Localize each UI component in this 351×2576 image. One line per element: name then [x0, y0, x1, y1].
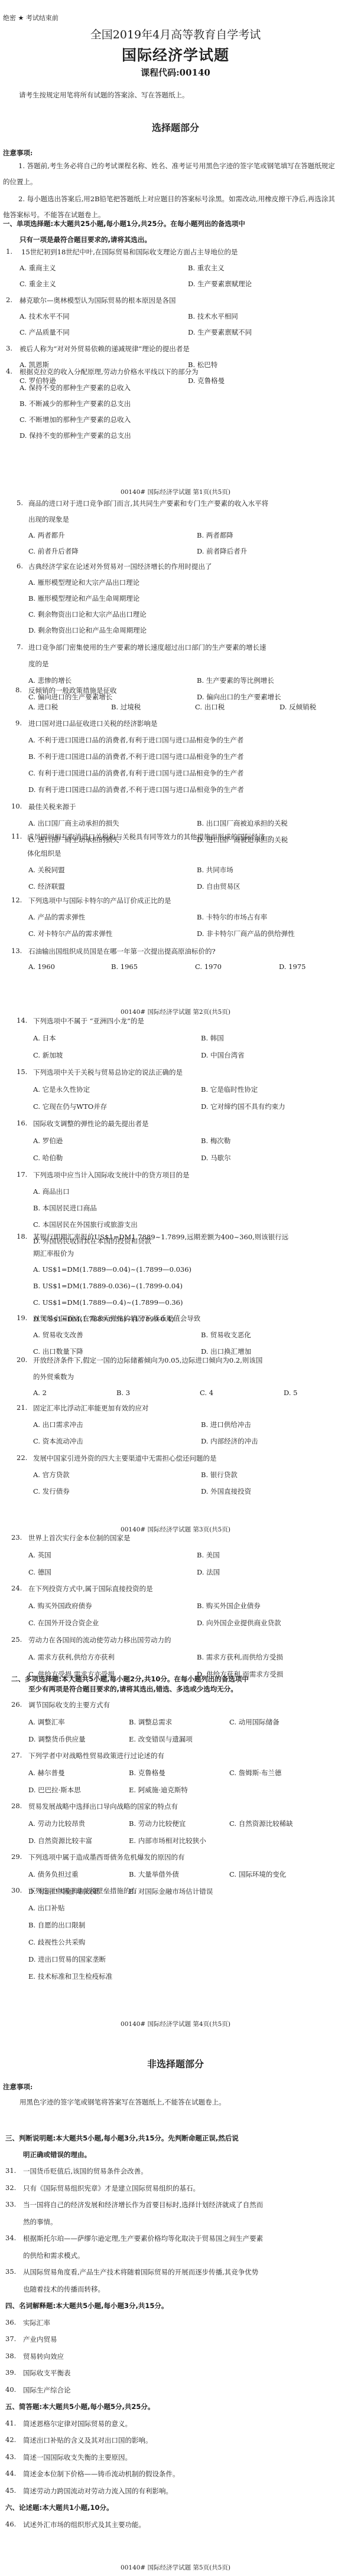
question-stem: 国际收支调整的弹性论的最先提出者是	[33, 1119, 149, 1128]
answer-option: E. 技术标准和卫生检疫标准	[28, 1972, 112, 1981]
answer-option: A. 出口国厂商主动承担的损失	[28, 819, 119, 828]
answer-option: D. 保持不变的那种生产要素的总支出	[19, 431, 131, 440]
question-stem: 被后人称为“对对外贸易依赖的递减规律”理论的提出者是	[19, 344, 190, 353]
paper-title: 国际经济学试题	[0, 44, 351, 65]
answer-option: C. 本国居民在外国旅行或旅游支出	[33, 1220, 138, 1229]
answer-option: D. 非卡特尔厂商产品的供给弹性	[197, 929, 295, 938]
section1-heading-cont: 只有一项是最符合题目要求的,请将其选出。	[19, 235, 151, 244]
term-question: 国际收支平衡表	[23, 2368, 71, 2378]
answer-option: B. US$1=DM(1.7889-0.036)~(1.7899-0.04)	[33, 1282, 183, 1290]
judgment-question: 从国际贸易角度看,产品生产技术将随着国际贸易的开展而逐步传播,其竞争优势	[23, 2267, 258, 2277]
question-number: 19.	[17, 1314, 27, 1322]
question-number: 12.	[11, 896, 22, 904]
answer-option: D. 它对缔约国不具有约束力	[201, 1102, 285, 1111]
answer-option: B. 购买外国企业债券	[197, 1601, 261, 1611]
section6-heading: 六、论述题:本大题共1小题,10分。	[5, 2503, 113, 2512]
answer-option: C. 它现在仍与WTO并存	[33, 1102, 107, 1111]
page-footer: 00140# 国际经济学试题 第4页(共5页)	[0, 2019, 351, 2028]
answer-option: D. 中国台湾省	[201, 1050, 245, 1060]
answer-option: A. 产品的需求弹性	[28, 912, 85, 922]
question-stem: 石油输出国组织成员国是在哪一年第一次提出提高原油标价的?	[28, 947, 216, 956]
question-stem: 古典经济学家在论述对外贸易对一国经济增长的作用时提出了	[28, 562, 212, 571]
answer-option: A. 1960	[28, 963, 55, 971]
page-footer: 00140# 国际经济学试题 第2页(共5页)	[0, 1007, 351, 1016]
answer-option: A. 出口补贴	[28, 1903, 65, 1913]
question-number: 27.	[11, 1751, 22, 1759]
question-stem: 进口国对进口品征收进口关税的经济影响是	[28, 719, 158, 728]
answer-option: D. 内部经济的冲击	[201, 1436, 258, 1446]
judgment-question-cont: 然的事情。	[23, 2217, 57, 2227]
short-answer-question: 简述一国国际收支失衡的主要原因。	[23, 2453, 132, 2462]
answer-option: D. 1975	[279, 963, 305, 971]
answer-option: D. 克鲁格曼	[188, 376, 225, 385]
question-number: 22.	[17, 1454, 27, 1462]
judgment-question-cont: 也随着技术的传播而转移。	[23, 2284, 105, 2294]
answer-option: A. 它是永久性协定	[33, 1085, 90, 1094]
question-stem: 下列选项中属于非关税壁垒措施的有	[28, 1886, 137, 1896]
question-number: 11.	[11, 832, 22, 840]
answer-option: B. 3	[116, 1389, 130, 1397]
essay-question: 试述外汇市场的组织形式及其主要功能。	[23, 2520, 145, 2529]
answer-option: D. 自由贸易区	[197, 882, 240, 891]
answer-option: B. 共同市场	[197, 865, 233, 875]
question-number: 24.	[11, 1584, 22, 1592]
answer-option: A. 官方贷款	[33, 1470, 70, 1480]
question-number: 42.	[5, 2436, 16, 2444]
answer-option: B. 出口国厂商被迫承担的关税	[197, 819, 288, 828]
answer-option: B. 梅次勒	[201, 1136, 230, 1145]
question-number: 31.	[5, 2166, 16, 2175]
question-stem-cont: 度的是	[28, 659, 49, 669]
answer-option: C. 经济联盟	[28, 882, 65, 891]
answer-option: B. 生产要素的等比例增长	[197, 676, 274, 685]
answer-option: C. 歧视性公共采购	[28, 1937, 85, 1947]
answer-option: A. 悲惨的增长	[28, 676, 71, 685]
answer-option: D. 生产要素禀赋不同	[188, 328, 252, 337]
answer-option: B. 银行贷款	[201, 1470, 238, 1480]
page-footer: 00140# 国际经济学试题 第3页(共5页)	[0, 1525, 351, 1534]
answer-option: A. 保持不变的那种生产要素的总收入	[19, 383, 131, 392]
answer-option: C. 出口税	[195, 702, 225, 712]
term-question: 实际汇率	[23, 2318, 50, 2328]
question-stem-cont: 的外贸乘数为	[33, 1372, 74, 1382]
question-stem: 开放经济条件下,假定一国的边际储蓄倾向为0.05,边际进口倾向为0.2,则该国	[33, 1356, 262, 1365]
answer-option: A. 技术水平不同	[19, 312, 70, 321]
confidential-mark: 绝密 ★ 考试结束前	[3, 13, 58, 22]
answer-option: A. 赫尔普曼	[28, 1768, 65, 1778]
answer-option: D. 有利于进口国进口品的消费者,不利于进口国与进口品相竞争的生产者	[28, 785, 244, 794]
answer-option: B. 不断减少的那种生产要素的总支出	[19, 399, 131, 408]
answer-option: C. 自然资源比较稀缺	[229, 1819, 293, 1828]
question-number: 34.	[5, 2234, 16, 2242]
answer-option: C. 哈伯勒	[33, 1153, 63, 1163]
answer-option: B. 进口供给冲击	[201, 1420, 251, 1429]
question-stem: 进口竞争部门密集使用的生产要素的增长速度超过出口部门的生产要素的增长速	[28, 643, 266, 652]
answer-option: A. 罗伯逊	[33, 1136, 63, 1145]
answer-option: B. 自愿的出口限制	[28, 1920, 85, 1930]
answer-option: D. 向外国企业提供商业贷款	[197, 1618, 281, 1628]
answer-option: C. 詹姆斯·布兰德	[229, 1768, 281, 1778]
question-stem: 世界上首次实行金本位制的国家是	[28, 1533, 131, 1543]
question-number: 32.	[5, 2184, 16, 2192]
answer-option: B. 调整总需求	[129, 1717, 172, 1727]
short-answer-question: 简述金本位制下价格——铸币流动机制的假设条件。	[23, 2469, 180, 2479]
question-stem: 下列选项中与国际卡特尔的产品订价成正比的是	[28, 896, 171, 905]
judgment-question: 一国货币贬值后,该国的贸易条件会改善。	[23, 2166, 148, 2176]
answer-option: C. 前者升后者降	[28, 546, 79, 556]
answer-option: A. 商品出口	[33, 1187, 70, 1196]
question-stem: 反倾销的一般政策措施是征收	[28, 686, 117, 695]
question-stem: 固定汇率比浮动汇率能更加有效的应对	[33, 1403, 149, 1413]
answer-option: B. 卡特尔的市场占有率	[197, 912, 267, 922]
answer-option: C. 1970	[195, 963, 222, 971]
section2-heading: 二、多项选择题:本大题共5小题,每小题2分,共10分。在每小题列出的备选项中	[11, 1674, 249, 1684]
answer-option: B. 本国居民进口商品	[33, 1203, 97, 1213]
answer-option: C. 剩余物资出口论和大宗产品出口理论	[28, 610, 147, 619]
question-number: 18.	[17, 1232, 27, 1240]
question-stem-cont: 期汇率报价为	[33, 1249, 74, 1258]
question-number: 28.	[11, 1802, 22, 1810]
answer-option: D. 生产要素禀赋理论	[188, 279, 252, 289]
answer-option: C. 在国外开设合资企业	[28, 1618, 99, 1628]
answer-option: C. 发行债券	[33, 1487, 70, 1496]
question-stem: 下列学者中对战略性贸易政策进行过论述的有	[28, 1751, 164, 1760]
answer-option: D. 自然资源比较丰富	[28, 1836, 92, 1845]
answer-option: C. 4	[200, 1389, 213, 1397]
question-number: 17.	[17, 1170, 27, 1179]
question-number: 15.	[17, 1068, 27, 1076]
answer-option: B. 两者都降	[197, 531, 233, 540]
question-number: 20.	[17, 1356, 27, 1364]
question-number: 29.	[11, 1852, 22, 1861]
answer-option: C. 国际环境的变化	[229, 1870, 286, 1879]
answer-option: C. US$1=DM(1.7889—0.4)~(1.7899—0.36)	[33, 1298, 183, 1307]
answer-option: D. 5	[284, 1389, 297, 1397]
question-number: 37.	[5, 2335, 16, 2343]
judgment-question: 根据斯托尔珀——萨缪尔逊定理,生产要素价格均等化取决于贸易国之间生产要素	[23, 2234, 263, 2243]
question-number: 30.	[11, 1886, 22, 1894]
question-number: 45.	[5, 2486, 16, 2495]
question-stem: 在下列投资方式中,属于国际直接投资的是	[28, 1584, 153, 1593]
answer-option: B. 技术水平相同	[188, 312, 238, 321]
answer-option: A. 购买外国政府债券	[28, 1601, 92, 1611]
question-number: 16.	[17, 1119, 27, 1127]
part2-title: 非选择题部分	[0, 2057, 351, 2070]
answer-option: C. 有利于进口国进口品的消费者,有利于进口国与进口品相竞争的生产者	[28, 768, 243, 778]
question-stem: 15世纪初到18世纪中叶,在国际贸易和国际收支理论方面占主导地位的是	[21, 247, 238, 257]
answer-option: C. 不断增加的那种生产要素的总收入	[19, 415, 131, 424]
question-number: 1.	[6, 247, 12, 256]
answer-option: B. 美国	[197, 1550, 220, 1560]
short-answer-question: 简述恩格尔定律对国际贸易的意义。	[23, 2419, 132, 2428]
question-number: 39.	[5, 2368, 16, 2377]
question-stem: 下列选项中不属于 “亚洲四小龙”的是	[33, 1016, 144, 1026]
term-question: 贸易转向效应	[23, 2352, 64, 2361]
page-footer: 00140# 国际经济学试题 第5页(共5页)	[0, 2563, 351, 2572]
question-stem: 商品的进口对于进口竞争部门而言,其共同生产要素和专门生产要素的收入水平将	[28, 499, 268, 508]
exam-title: 全国2019年4月高等教育自学考试	[0, 26, 351, 42]
answer-option: A. 重商主义	[19, 263, 56, 273]
answer-option: C. 重金主义	[19, 279, 56, 289]
answer-option: A. 调整汇率	[28, 1717, 65, 1727]
question-number: 26.	[11, 1700, 22, 1708]
question-stem: 下列选项中属于造成墨西哥债务危机爆发的原因的有	[28, 1852, 185, 1862]
question-number: 44.	[5, 2469, 16, 2477]
part1-notes-heading: 注意事项:	[3, 148, 32, 158]
question-stem-cont: 体化组织是	[27, 849, 61, 858]
question-number: 8.	[15, 686, 22, 694]
answer-option: C. 对卡特尔产品的需求弹性	[28, 929, 112, 938]
question-number: 41.	[5, 2419, 16, 2427]
answer-option: D. 法国	[197, 1567, 220, 1577]
answer-option: A. 日本	[33, 1033, 56, 1043]
answer-option: D. 反倾销税	[279, 702, 316, 712]
course-code: 课程代码:00140	[0, 66, 351, 78]
answer-option: A. 雁形模型理论和大宗产品出口理论	[28, 578, 139, 587]
answer-option: B. 韩国	[201, 1033, 224, 1043]
part2-note: 用黑色字迹的签字笔或钢笔将答案写在答题纸上,不能答在试题卷上。	[19, 2097, 226, 2107]
answer-option: C. 资本流动冲击	[33, 1436, 83, 1446]
question-number: 35.	[5, 2267, 16, 2276]
answer-option: E. 阿威施·迪克斯特	[129, 1785, 188, 1795]
answer-option: D. 巴巴拉·斯本思	[28, 1785, 81, 1795]
answer-option: C. 出口数量下降	[33, 1347, 83, 1356]
answer-option: A. 债务负担过重	[28, 1870, 79, 1879]
short-answer-question: 简述出口补贴的含义及其对出口国的影响。	[23, 2436, 152, 2445]
answer-option: D. 进出口贸易的国家垄断	[28, 1955, 106, 1964]
question-number: 25.	[11, 1635, 22, 1644]
question-number: 5.	[17, 499, 23, 507]
question-number: 6.	[17, 562, 23, 570]
term-question: 产业内贸易	[23, 2335, 57, 2344]
answer-option: D. 马歇尔	[201, 1153, 231, 1163]
question-stem: 调节国际收支的主要方式有	[28, 1700, 110, 1710]
answer-option: B. 劳动力比较便宜	[129, 1819, 186, 1828]
question-number: 40.	[5, 2385, 16, 2394]
general-instruction: 请考生按规定用笔将所有试题的答案涂、写在答题纸上。	[19, 90, 189, 100]
question-number: 33.	[5, 2200, 16, 2208]
question-number: 10.	[11, 802, 22, 810]
question-number: 2.	[6, 296, 12, 304]
answer-option: C. 新加坡	[33, 1050, 63, 1060]
question-stem: 成员国间相互取消进口关税和与关税具有同等效力的其他措施而形成的国际经济一	[27, 832, 272, 842]
answer-option: B. 克鲁格曼	[129, 1768, 165, 1778]
question-stem: 下列选项中关于关税与贸易总协定的说法正确的是	[33, 1068, 183, 1077]
answer-option: A. 2	[33, 1389, 47, 1397]
answer-option: A. 劳动力比较昂贵	[28, 1819, 85, 1828]
question-stem: 对贸易小国而言,在需求无弹性的情况下,货币贬值会导致	[33, 1314, 200, 1323]
question-number: 43.	[5, 2453, 16, 2461]
answer-option: B. 雁形模型理论和产品生命周期理论	[28, 594, 139, 603]
answer-option: D. 偏向出口的生产要素增长	[197, 692, 281, 702]
answer-option: A. US$1=DM(1.7889—0.04)~(1.7899—0.036)	[33, 1265, 191, 1274]
answer-option: E. 对国际金融市场估计错误	[129, 1887, 213, 1896]
answer-option: D. 剩余物资出口论和产品生命周期理论	[28, 626, 147, 635]
answer-option: D. 前者降后者升	[197, 546, 247, 556]
answer-option: A. 关税同盟	[28, 865, 65, 875]
question-number: 14.	[17, 1016, 27, 1024]
answer-option: A. 英国	[28, 1550, 51, 1560]
answer-option: B. 重农主义	[188, 263, 225, 273]
answer-option: B. 1965	[111, 963, 138, 971]
question-number: 9.	[15, 719, 22, 727]
answer-option: B. 它是临时性协定	[201, 1085, 258, 1094]
part1-title: 选择题部分	[0, 120, 351, 134]
section3-heading: 三、判断说明题:本大题共5小题,每小题3分,共15分。先判断命题正误,然后说	[5, 2133, 239, 2143]
question-number: 46.	[5, 2520, 16, 2528]
answer-option: C. 德国	[28, 1567, 51, 1577]
term-question: 国际生产综合论	[23, 2385, 71, 2395]
answer-option: B. 大量举借外债	[129, 1870, 179, 1879]
answer-option: D. 调整货币供应量	[28, 1734, 86, 1744]
answer-option: E. 内部市场相对比较狭小	[129, 1836, 206, 1845]
question-stem: 赫克歇尔—奥林模型认为国际贸易的根本原因是各国	[19, 296, 176, 305]
judgment-question: 只有《国际贸易组织宪章》才是建立国际贸易组织的基石。	[23, 2184, 200, 2193]
answer-option: B. 过境税	[111, 702, 141, 712]
question-number: 7.	[17, 643, 23, 651]
question-number: 4.	[6, 367, 12, 375]
answer-option: A. 进口税	[28, 702, 58, 712]
answer-option: B. 需求方获利,而供给方受损	[197, 1652, 283, 1662]
question-stem: 贸易发展战略中选择出口导向战略的国家的特点有	[28, 1802, 178, 1811]
question-number: 21.	[17, 1403, 27, 1412]
judgment-question: 当一国将自己的经济发展和经济增长作为首要目标时,选择计划经济就成了自然而	[23, 2200, 263, 2210]
answer-option: E. 改变错误与遗漏项	[129, 1734, 193, 1744]
question-stem-cont: 出现的现象是	[28, 515, 69, 524]
answer-option: A. 需求方获利,供给方亦获利	[28, 1652, 115, 1662]
page-footer: 00140# 国际经济学试题 第1页(共5页)	[0, 487, 351, 496]
question-number: 13.	[11, 947, 22, 955]
question-stem: 下列选项中应当计入国际收支统计中的贷方项目的是	[33, 1170, 190, 1180]
section2-heading-cont: 至少有两项是符合题目要求的,请将其选出,错选、多选或少选均无分。	[28, 1684, 238, 1694]
section4-heading: 四、名词解释题:本大题共5小题,每小题3分,共15分。	[5, 2301, 168, 2310]
section1-heading: 一、单项选择题:本大题共25小题,每小题1分,共25分。在每小题列出的备选项中	[3, 219, 245, 228]
answer-option: B. 贸易收支恶化	[201, 1330, 251, 1340]
part2-notes-heading: 注意事项:	[3, 2082, 32, 2091]
answer-option: A. 贸易收支改善	[33, 1330, 83, 1340]
question-stem: 最佳关税来源于	[28, 802, 76, 811]
question-number: 36.	[5, 2318, 16, 2326]
answer-option: A. 出口需求冲击	[33, 1420, 83, 1429]
question-stem: 发展中国家引进外资的四大主要渠道中无需担心偿还问题的是	[33, 1454, 217, 1463]
answer-option: A. 两者都升	[28, 531, 65, 540]
question-number: 3.	[6, 344, 12, 352]
judgment-question-cont: 的供给和需求模式。	[23, 2251, 84, 2260]
section3-heading-cont: 明正确或错误的理由。	[23, 2150, 91, 2159]
answer-option: B. 不利于进口国进口品的消费者,不利于进口国与进口品相竞争的生产者	[28, 752, 243, 761]
answer-option: C. 产品质量不同	[19, 328, 70, 337]
question-stem: 根据克拉克的收入分配原理,劳动力价格水平线以下的部分为	[19, 367, 199, 377]
section5-heading: 五、简答题:本大题共5小题,每小题5分,共25分。	[5, 2402, 154, 2411]
answer-option: D. 出口换汇增加	[201, 1347, 251, 1356]
answer-option: C. 动用国际储备	[229, 1717, 279, 1727]
question-stem: 劳动力在各国间的流动使劳动力移出国劳动力的	[28, 1635, 171, 1645]
question-stem: 某银行即期汇率报价US$1=DM1.7889~1.7899,远期差额为400~3…	[33, 1232, 288, 1242]
question-number: 23.	[11, 1533, 22, 1541]
part1-note-1: 1. 答题前,考生务必将自己的考试课程名称、姓名、准考证号用黑色字迹的签字笔或钢…	[3, 158, 340, 190]
part1-note-2: 2. 每小题选出答案后,用2B铅笔把答题纸上对应题目的答案标号涂黑。如需改动,用…	[3, 191, 340, 223]
answer-option: D. 外国直接投资	[201, 1487, 251, 1496]
question-number: 38.	[5, 2352, 16, 2360]
answer-option: A. 不利于进口国进口品的消费者,有利于进口国与进口品相竞争的生产者	[28, 735, 243, 745]
short-answer-question: 简述劳动力跨国流动对劳动力流入国的有利影响。	[23, 2486, 173, 2496]
